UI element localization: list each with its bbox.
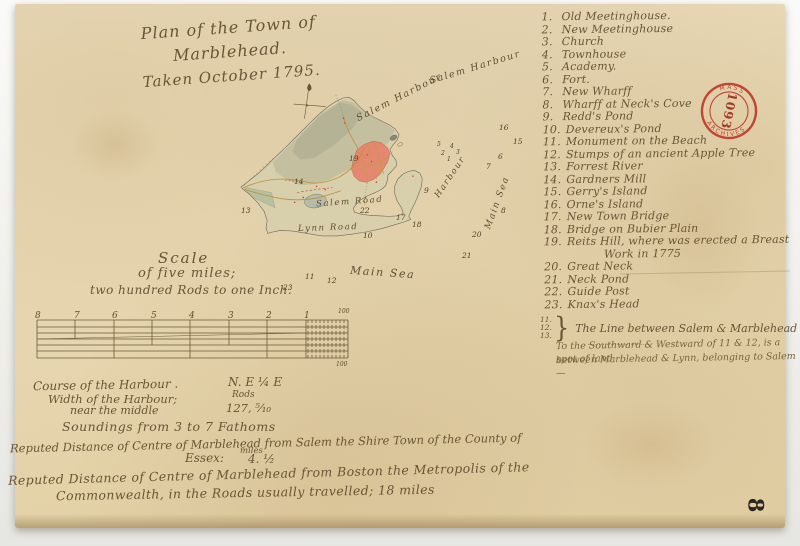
- paper-bottom-edge: [15, 514, 785, 528]
- legend-item-number: 17.: [544, 211, 562, 224]
- scale-subline1: of five miles;: [138, 266, 236, 281]
- course-label: Course of the Harbour .: [33, 377, 178, 394]
- legend-item-number: 19.: [544, 236, 562, 249]
- legend-item-number: 15.: [543, 186, 561, 199]
- island-open: [397, 142, 403, 147]
- legend-item-label: Church: [562, 36, 604, 49]
- map-number-5: 5: [437, 141, 441, 148]
- legend-item-number: 11.: [543, 136, 561, 149]
- page-number-mark: 8: [743, 498, 768, 512]
- map-number-6: 6: [498, 152, 503, 161]
- legend-list: 1. Old Meetinghouse. 2. New Meetinghouse…: [541, 9, 798, 312]
- map-number-4: 4: [450, 143, 454, 150]
- map-number-17: 17: [396, 213, 406, 222]
- legend-item-number: 23.: [544, 299, 562, 312]
- map-label-lynn-road: Lynn Road: [298, 222, 359, 234]
- width-unit: Rods: [232, 390, 255, 400]
- legend-item-number: 1.: [541, 11, 556, 24]
- map-number-22: 22: [360, 206, 370, 215]
- map-number-10: 10: [363, 231, 373, 240]
- scale-heading: Scale: [158, 249, 209, 267]
- legend-item-number: 5.: [542, 61, 557, 74]
- map-number-11: 11: [305, 272, 315, 281]
- map-number-13: 13: [241, 206, 251, 215]
- legend-bracket-text: The Line between Salem & Marblehead: [575, 322, 797, 335]
- scale-bar-hatch-block: [306, 320, 348, 358]
- salem-distance-word: Essex:: [185, 451, 224, 465]
- bracket-num-13: 13.: [540, 332, 552, 340]
- map-number-7: 7: [486, 162, 491, 171]
- legend-item: 23. Knax's Head: [544, 296, 798, 311]
- map-number-20: 20: [472, 230, 482, 239]
- legend-item-number: 20.: [544, 261, 562, 274]
- legend-item-label: Knax's Head: [568, 298, 640, 311]
- map-number-1: 1: [447, 156, 451, 163]
- legend-bracket-numbers: 11. 12. 13.: [540, 316, 552, 340]
- course-value: N. E ¼ E: [228, 375, 282, 389]
- map-number-16: 16: [499, 123, 509, 132]
- map-number-18: 18: [412, 220, 422, 229]
- map-number-9: 9: [424, 186, 429, 195]
- legend-item-number: 13.: [543, 161, 561, 174]
- scale-subline2: two hundred Rods to one Inch.: [90, 283, 292, 297]
- map-number-15: 15: [513, 137, 523, 146]
- scale-bar: [30, 312, 352, 364]
- soundings-note: Soundings from 3 to 7 Fathoms: [62, 419, 276, 434]
- legend-item-number: 7.: [542, 86, 557, 99]
- map-number-19: 19: [349, 154, 359, 163]
- width-value: 127, ⁵⁄₁₀: [226, 401, 271, 415]
- map-number-14: 14: [294, 177, 304, 186]
- legend-item-number: 9.: [542, 111, 557, 124]
- map-document-canvas: Plan of the Town of Marblehead. Taken Oc…: [0, 0, 800, 546]
- map-number-12: 12: [327, 276, 337, 285]
- map-number-8: 8: [501, 206, 506, 215]
- legend-item-number: 3.: [542, 36, 557, 49]
- legend-item-number: 22.: [544, 286, 562, 299]
- map-number-2: 2: [441, 150, 445, 157]
- legend-footnote-line2: between Marblehead & Lynn, belonging to …: [556, 350, 800, 380]
- width-label-line2: near the middle: [70, 404, 158, 417]
- legend-item-label: Academy.: [562, 61, 617, 74]
- map-number-21: 21: [462, 251, 472, 260]
- salem-distance-value: 4. ½: [248, 452, 275, 466]
